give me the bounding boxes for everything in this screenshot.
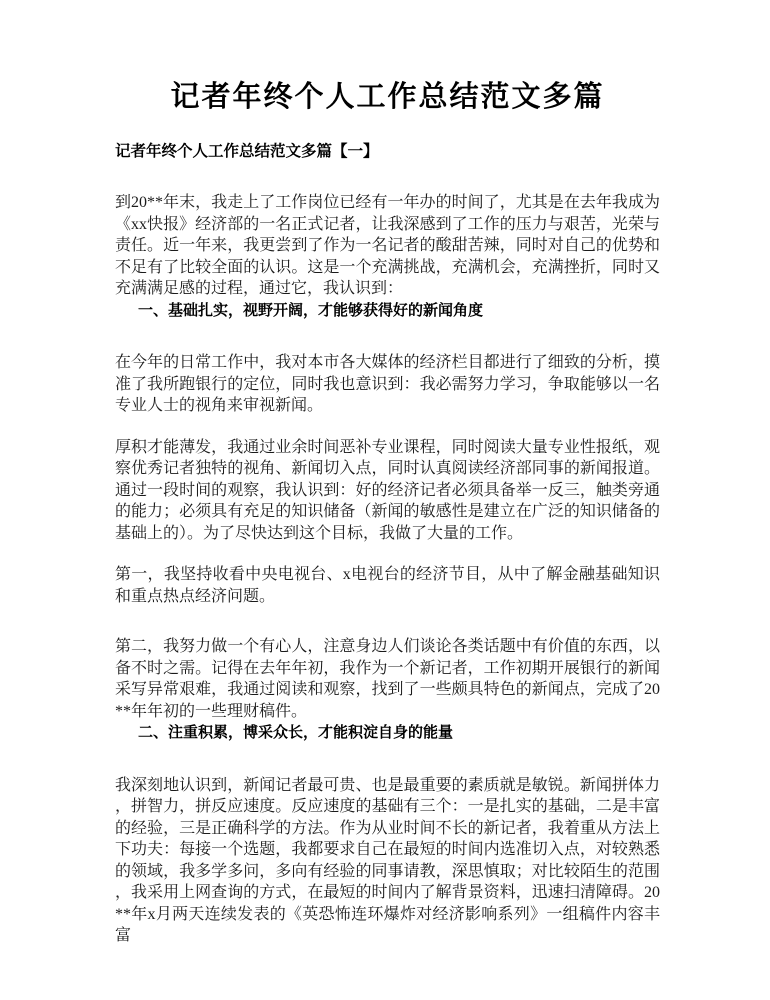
section-heading-2: 二、注重积累，博采众长，才能积淀自身的能量	[115, 723, 660, 745]
paragraph: 第一，我坚持收看中央电视台、x电视台的经济节目，从中了解金融基础知识和重点热点经…	[115, 564, 660, 607]
section-subtitle: 记者年终个人工作总结范文多篇【一】	[115, 141, 660, 162]
paragraph: 我深刻地认识到，新闻记者最可贵、也是最重要的素质就是敏锐。新闻拼体力，拼智力，拼…	[115, 775, 660, 947]
section-heading-1: 一、基础扎实，视野开阔，才能够获得好的新闻角度	[115, 301, 660, 323]
paragraph: 在今年的日常工作中，我对本市各大媒体的经济栏目都进行了细致的分析，摸准了我所跑银…	[115, 352, 660, 417]
document-page: 记者年终个人工作总结范文多篇 记者年终个人工作总结范文多篇【一】 到20**年末…	[0, 0, 770, 1000]
paragraph: 到20**年末，我走上了工作岗位已经有一年办的时间了，尤其是在去年我成为《xx快…	[115, 192, 660, 300]
paragraph: 厚积才能薄发，我通过业余时间恶补专业课程，同时阅读大量专业性报纸，观察优秀记者独…	[115, 437, 660, 545]
document-title: 记者年终个人工作总结范文多篇	[115, 80, 660, 115]
paragraph: 第二，我努力做一个有心人，注意身边人们谈论各类话题中有价值的东西，以备不时之需。…	[115, 636, 660, 722]
